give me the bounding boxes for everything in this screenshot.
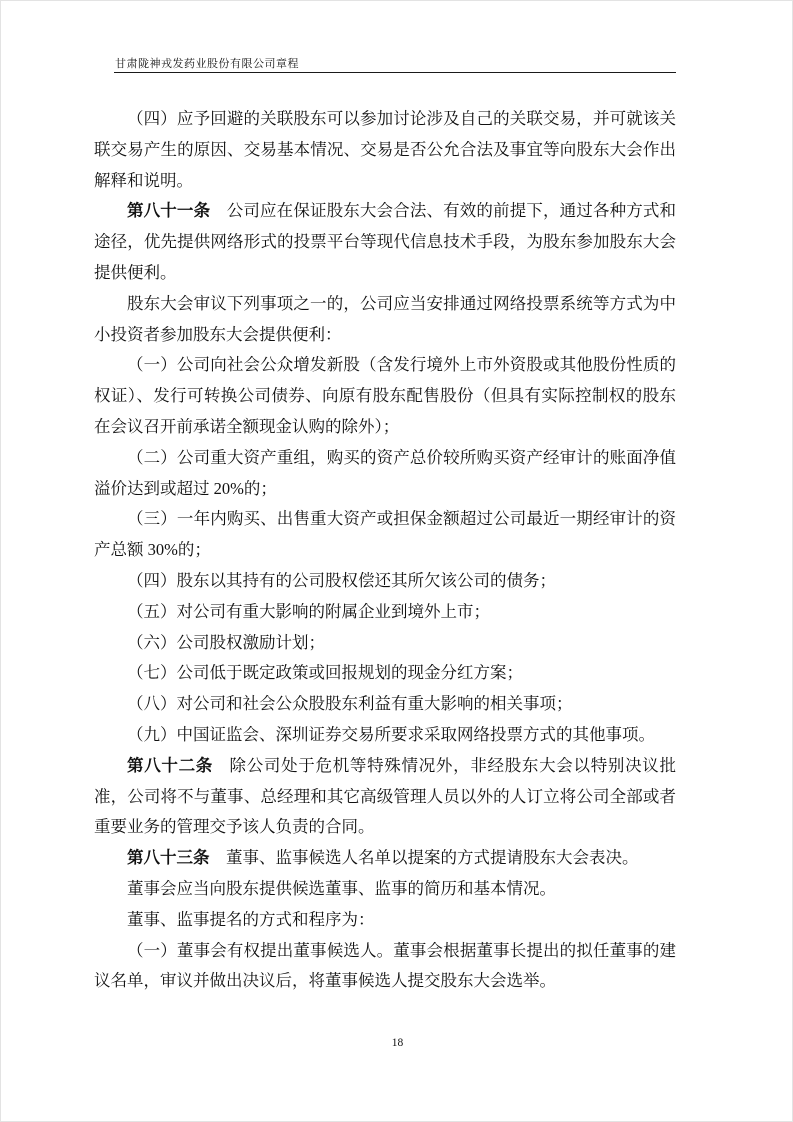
paragraph-text: （四）股东以其持有的公司股权偿还其所欠该公司的债务； (127, 571, 556, 590)
document-body: （四）应予回避的关联股东可以参加讨论涉及自己的关联交易，并可就该关联交易产生的原… (94, 104, 676, 997)
article-paragraph: 第八十一条公司应在保证股东大会合法、有效的前提下，通过各种方式和途径，优先提供网… (94, 196, 676, 288)
paragraph-text: （四）应予回避的关联股东可以参加讨论涉及自己的关联交易，并可就该关联交易产生的原… (94, 109, 676, 190)
paragraph-text: （八）对公司和社会公众股股东利益有重大影响的相关事项； (127, 694, 573, 713)
paragraph-text: （二）公司重大资产重组，购买的资产总价较所购买资产经审计的账面净值溢价达到或超过… (94, 448, 676, 498)
list-item-paragraph: （九）中国证监会、深圳证券交易所要求采取网络投票方式的其他事项。 (94, 720, 676, 751)
article-number: 第八十三条 (127, 848, 210, 867)
paragraph-text: （三）一年内购买、出售重大资产或担保金额超过公司最近一期经审计的资产总额 30%… (94, 509, 676, 559)
paragraph-text: 董事、监事候选人名单以提案的方式提请股东大会表决。 (226, 848, 639, 867)
paragraph: 董事会应当向股东提供候选董事、监事的简历和基本情况。 (94, 874, 676, 905)
paragraph-text: （六）公司股权激励计划； (127, 633, 325, 652)
list-item-paragraph: （三）一年内购买、出售重大资产或担保金额超过公司最近一期经审计的资产总额 30%… (94, 504, 676, 566)
paragraph-text: 股东大会审议下列事项之一的，公司应当安排通过网络投票系统等方式为中小投资者参加股… (94, 294, 676, 344)
list-item-paragraph: （六）公司股权激励计划； (94, 628, 676, 659)
page-header-title: 甘肃陇神戎发药业股份有限公司章程 (115, 55, 677, 71)
article-number: 第八十二条 (127, 756, 213, 775)
paragraph: （四）应予回避的关联股东可以参加讨论涉及自己的关联交易，并可就该关联交易产生的原… (94, 104, 676, 196)
article-paragraph: 第八十三条董事、监事候选人名单以提案的方式提请股东大会表决。 (94, 843, 676, 874)
paragraph-text: （七）公司低于既定政策或回报规划的现金分红方案； (127, 663, 523, 682)
paragraph-text: （五）对公司有重大影响的附属企业到境外上市； (127, 602, 490, 621)
document-page: 甘肃陇神戎发药业股份有限公司章程 （四）应予回避的关联股东可以参加讨论涉及自己的… (0, 0, 793, 1122)
header-rule (114, 72, 676, 73)
list-item-paragraph: （二）公司重大资产重组，购买的资产总价较所购买资产经审计的账面净值溢价达到或超过… (94, 443, 676, 505)
list-item-paragraph: （七）公司低于既定政策或回报规划的现金分红方案； (94, 658, 676, 689)
list-item-paragraph: （八）对公司和社会公众股股东利益有重大影响的相关事项； (94, 689, 676, 720)
paragraph-text: 董事会应当向股东提供候选董事、监事的简历和基本情况。 (127, 879, 556, 898)
article-paragraph: 第八十二条除公司处于危机等特殊情况外，非经股东大会以特别决议批准，公司将不与董事… (94, 751, 676, 843)
paragraph: 董事、监事提名的方式和程序为： (94, 905, 676, 936)
list-item-paragraph: （一）公司向社会公众增发新股（含发行境外上市外资股或其他股份性质的权证）、发行可… (94, 350, 676, 442)
list-item-paragraph: （四）股东以其持有的公司股权偿还其所欠该公司的债务； (94, 566, 676, 597)
paragraph-text: （一）公司向社会公众增发新股（含发行境外上市外资股或其他股份性质的权证）、发行可… (94, 355, 676, 436)
paragraph: 股东大会审议下列事项之一的，公司应当安排通过网络投票系统等方式为中小投资者参加股… (94, 289, 676, 351)
list-item-paragraph: （五）对公司有重大影响的附属企业到境外上市； (94, 597, 676, 628)
list-item-paragraph: （一）董事会有权提出董事候选人。董事会根据董事长提出的拟任董事的建议名单，审议并… (94, 936, 676, 998)
paragraph-text: 董事、监事提名的方式和程序为： (127, 910, 375, 929)
article-number: 第八十一条 (127, 201, 210, 220)
page-number: 18 (1, 1037, 793, 1049)
paragraph-text: （九）中国证监会、深圳证券交易所要求采取网络投票方式的其他事项。 (127, 725, 655, 744)
paragraph-text: （一）董事会有权提出董事候选人。董事会根据董事长提出的拟任董事的建议名单，审议并… (94, 941, 676, 991)
